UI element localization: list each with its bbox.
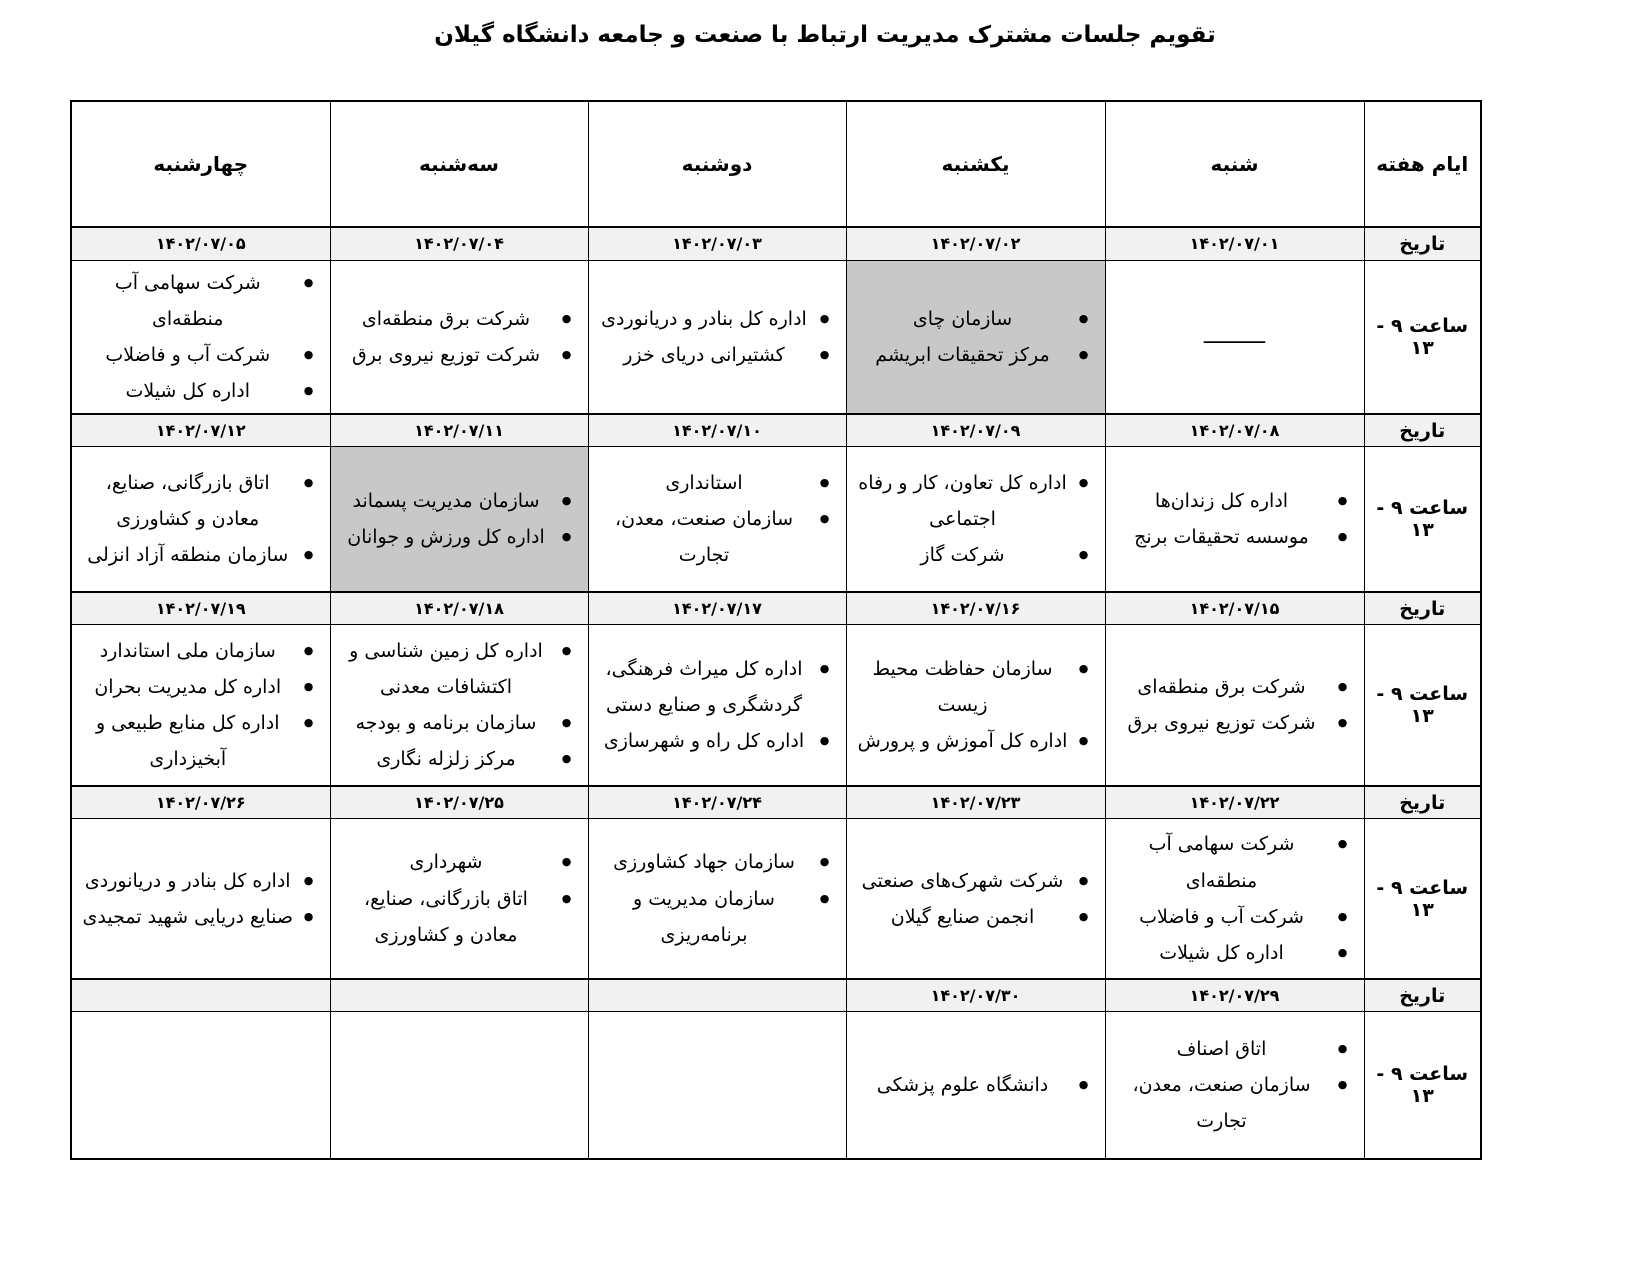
meeting-item: ●اداره کل راه و شهرسازی — [595, 723, 840, 759]
weekdays-header-cell: ایام هفته — [1364, 101, 1481, 227]
date-row-label: تاریخ — [1364, 592, 1481, 625]
schedule-table-body: ایام هفته شنبه یکشنبه دوشنبه سه‌شنبه چها… — [71, 101, 1481, 1159]
meeting-cell — [330, 1012, 588, 1159]
meeting-item-label: شهرداری — [337, 844, 552, 880]
date-cell: ۱۴۰۲/۰۷/۲۶ — [71, 786, 330, 819]
weekday-header-row: ایام هفته شنبه یکشنبه دوشنبه سه‌شنبه چها… — [71, 101, 1481, 227]
meeting-item-label: شرکت شهرک‌های صنعتی — [853, 863, 1069, 899]
meeting-item: ●سازمان حفاظت محیط زیست — [853, 651, 1099, 723]
meeting-item-label: اتاق بازرگانی، صنایع، معادن و کشاورزی — [337, 881, 552, 953]
bullet-icon: ● — [294, 669, 324, 705]
meeting-item-label: اداره کل بنادر و دریانوردی — [78, 863, 294, 899]
meeting-item-label: اداره کل میراث فرهنگی، گردشگری و صنایع د… — [595, 651, 810, 723]
meeting-item: ●انجمن صنایع گیلان — [853, 899, 1099, 935]
meeting-item-label: سازمان جهاد کشاورزی — [595, 844, 810, 880]
meeting-item: ●اتاق اصناف — [1112, 1031, 1358, 1067]
meeting-item: ●شرکت برق منطقه‌ای — [1112, 669, 1358, 705]
date-cell: ۱۴۰۲/۰۷/۳۰ — [846, 979, 1105, 1012]
meeting-item-label: اداره کل زندان‌ها — [1112, 483, 1328, 519]
bullet-icon: ● — [1328, 899, 1358, 935]
date-cell — [330, 979, 588, 1012]
meeting-item-label: شرکت سهامی آب منطقه‌ای — [1112, 826, 1328, 898]
weekday-header-wednesday: چهارشنبه — [71, 101, 330, 227]
meeting-item-label: انجمن صنایع گیلان — [853, 899, 1069, 935]
date-cell: ۱۴۰۲/۰۷/۰۸ — [1105, 414, 1364, 447]
date-cell: ۱۴۰۲/۰۷/۲۳ — [846, 786, 1105, 819]
meeting-cell: ●شرکت شهرک‌های صنعتی●انجمن صنایع گیلان — [846, 819, 1105, 979]
meeting-item: ●سازمان چای — [853, 301, 1099, 337]
meeting-item: ●سازمان جهاد کشاورزی — [595, 844, 840, 880]
bullet-icon: ● — [294, 899, 324, 935]
meeting-item-label: سازمان چای — [853, 301, 1069, 337]
page-title: تقویم جلسات مشترک مدیریت ارتباط با صنعت … — [0, 22, 1650, 48]
weekday-header-sunday: یکشنبه — [846, 101, 1105, 227]
meetings-row-week-2: ساعت ۹ - ۱۳●اداره کل زندان‌ها●موسسه تحقی… — [71, 447, 1481, 592]
meeting-item: ●اداره کل آموزش و پرورش — [853, 723, 1099, 759]
meeting-cell: ●شرکت سهامی آب منطقه‌ای●شرکت آب و فاضلاب… — [71, 260, 330, 414]
bullet-icon: ● — [1069, 723, 1099, 759]
time-row-label: ساعت ۹ - ۱۳ — [1364, 819, 1481, 979]
meeting-item-label: اتاق اصناف — [1112, 1031, 1328, 1067]
meeting-item: ●سازمان منطقه آزاد انزلی — [78, 537, 324, 573]
bullet-icon: ● — [1328, 826, 1358, 862]
meeting-cell: ●سازمان چای●مرکز تحقیقات ابریشم — [846, 260, 1105, 414]
meetings-row-week-3: ساعت ۹ - ۱۳●شرکت برق منطقه‌ای●شرکت توزیع… — [71, 625, 1481, 786]
meeting-item: ●شرکت گاز — [853, 537, 1099, 573]
meeting-cell: ●اداره کل زندان‌ها●موسسه تحقیقات برنج — [1105, 447, 1364, 592]
meeting-item-label: اداره کل بنادر و دریانوردی — [595, 301, 810, 337]
date-cell — [71, 979, 330, 1012]
date-cell: ۱۴۰۲/۰۷/۱۰ — [588, 414, 846, 447]
meeting-item: ●اداره کل مدیریت بحران — [78, 669, 324, 705]
meeting-item-label: اداره کل آموزش و پرورش — [853, 723, 1069, 759]
date-cell: ۱۴۰۲/۰۷/۱۹ — [71, 592, 330, 625]
meeting-item-label: کشتیرانی دریای خزر — [595, 337, 810, 373]
bullet-icon: ● — [294, 633, 324, 669]
meeting-cell: ـــــــــــ — [1105, 260, 1364, 414]
bullet-icon: ● — [552, 705, 582, 741]
bullet-icon: ● — [810, 501, 840, 537]
date-row-week-3: تاریخ۱۴۰۲/۰۷/۱۵۱۴۰۲/۰۷/۱۶۱۴۰۲/۰۷/۱۷۱۴۰۲/… — [71, 592, 1481, 625]
bullet-icon: ● — [552, 881, 582, 917]
meeting-item-label: سازمان مدیریت پسماند — [337, 483, 552, 519]
date-cell: ۱۴۰۲/۰۷/۰۹ — [846, 414, 1105, 447]
meetings-row-week-1: ساعت ۹ - ۱۳ـــــــــــ●سازمان چای●مرکز ت… — [71, 260, 1481, 414]
meeting-item-label: اداره کل شیلات — [78, 373, 294, 409]
bullet-icon: ● — [1069, 651, 1099, 687]
meeting-cell: ●شرکت سهامی آب منطقه‌ای●شرکت آب و فاضلاب… — [1105, 819, 1364, 979]
empty-placeholder: ـــــــــــ — [1112, 326, 1358, 348]
meeting-item: ●سازمان مدیریت و برنامه‌ریزی — [595, 881, 840, 953]
date-row-label: تاریخ — [1364, 414, 1481, 447]
meeting-item: ●مرکز زلزله نگاری — [337, 741, 582, 777]
date-row-week-5: تاریخ۱۴۰۲/۰۷/۲۹۱۴۰۲/۰۷/۳۰ — [71, 979, 1481, 1012]
meeting-item: ●اتاق بازرگانی، صنایع، معادن و کشاورزی — [337, 881, 582, 953]
bullet-icon: ● — [810, 465, 840, 501]
meeting-cell — [588, 1012, 846, 1159]
meeting-item: ●اتاق بازرگانی، صنایع، معادن و کشاورزی — [78, 465, 324, 537]
meeting-item: ●شرکت برق منطقه‌ای — [337, 301, 582, 337]
meeting-item-label: شرکت توزیع نیروی برق — [1112, 705, 1328, 741]
meeting-item: ●مرکز تحقیقات ابریشم — [853, 337, 1099, 373]
date-cell: ۱۴۰۲/۰۷/۱۸ — [330, 592, 588, 625]
meeting-item-label: سازمان ملی استاندارد — [78, 633, 294, 669]
meeting-item: ●شرکت توزیع نیروی برق — [337, 337, 582, 373]
meeting-item-label: اداره کل راه و شهرسازی — [595, 723, 810, 759]
bullet-icon: ● — [1069, 337, 1099, 373]
meeting-item-label: مرکز زلزله نگاری — [337, 741, 552, 777]
date-cell: ۱۴۰۲/۰۷/۱۲ — [71, 414, 330, 447]
meeting-item-label: شرکت برق منطقه‌ای — [1112, 669, 1328, 705]
time-row-label: ساعت ۹ - ۱۳ — [1364, 625, 1481, 786]
document-page: تقویم جلسات مشترک مدیریت ارتباط با صنعت … — [0, 0, 1650, 1275]
meeting-item-label: شرکت آب و فاضلاب — [1112, 899, 1328, 935]
meeting-cell: ●اداره کل بنادر و دریانوردی●صنایع دریایی… — [71, 819, 330, 979]
meeting-cell: ●سازمان مدیریت پسماند●اداره کل ورزش و جو… — [330, 447, 588, 592]
date-row-week-4: تاریخ۱۴۰۲/۰۷/۲۲۱۴۰۲/۰۷/۲۳۱۴۰۲/۰۷/۲۴۱۴۰۲/… — [71, 786, 1481, 819]
bullet-icon: ● — [552, 844, 582, 880]
meeting-cell: ●سازمان حفاظت محیط زیست●اداره کل آموزش و… — [846, 625, 1105, 786]
bullet-icon: ● — [1328, 1031, 1358, 1067]
weekday-header-monday: دوشنبه — [588, 101, 846, 227]
meeting-cell: ●سازمان ملی استاندارد●اداره کل مدیریت بح… — [71, 625, 330, 786]
meeting-item-label: شرکت توزیع نیروی برق — [337, 337, 552, 373]
date-row-week-1: تاریخ۱۴۰۲/۰۷/۰۱۱۴۰۲/۰۷/۰۲۱۴۰۲/۰۷/۰۳۱۴۰۲/… — [71, 227, 1481, 260]
date-cell: ۱۴۰۲/۰۷/۰۳ — [588, 227, 846, 260]
date-cell: ۱۴۰۲/۰۷/۱۶ — [846, 592, 1105, 625]
meeting-item-label: سازمان برنامه و بودجه — [337, 705, 552, 741]
date-cell: ۱۴۰۲/۰۷/۱۷ — [588, 592, 846, 625]
meeting-item-label: اداره کل مدیریت بحران — [78, 669, 294, 705]
bullet-icon: ● — [552, 301, 582, 337]
meeting-item: ●شهرداری — [337, 844, 582, 880]
meeting-item: ●استانداری — [595, 465, 840, 501]
meeting-item: ●اداره کل ورزش و جوانان — [337, 519, 582, 555]
meeting-item-label: اداره کل منابع طبیعی و آبخیزداری — [78, 705, 294, 777]
bullet-icon: ● — [552, 483, 582, 519]
meeting-cell: ●اداره کل تعاون، کار و رفاه اجتماعی●شرکت… — [846, 447, 1105, 592]
date-row-week-2: تاریخ۱۴۰۲/۰۷/۰۸۱۴۰۲/۰۷/۰۹۱۴۰۲/۰۷/۱۰۱۴۰۲/… — [71, 414, 1481, 447]
date-cell: ۱۴۰۲/۰۷/۱۱ — [330, 414, 588, 447]
bullet-icon: ● — [1328, 669, 1358, 705]
meeting-cell: ●شهرداری●اتاق بازرگانی، صنایع، معادن و ک… — [330, 819, 588, 979]
meeting-item: ●اداره کل تعاون، کار و رفاه اجتماعی — [853, 465, 1099, 537]
bullet-icon: ● — [552, 337, 582, 373]
meeting-item-label: شرکت آب و فاضلاب — [78, 337, 294, 373]
meeting-item-label: اداره کل زمین شناسی و اکتشافات معدنی — [337, 633, 552, 705]
bullet-icon: ● — [810, 301, 840, 337]
meeting-item-label: سازمان حفاظت محیط زیست — [853, 651, 1069, 723]
meeting-cell: ●استانداری●سازمان صنعت، معدن، تجارت — [588, 447, 846, 592]
bullet-icon: ● — [1328, 1067, 1358, 1103]
meeting-item-label: سازمان مدیریت و برنامه‌ریزی — [595, 881, 810, 953]
meeting-item: ●اداره کل شیلات — [1112, 935, 1358, 971]
meeting-item: ●سازمان مدیریت پسماند — [337, 483, 582, 519]
meeting-cell: ●اداره کل میراث فرهنگی، گردشگری و صنایع … — [588, 625, 846, 786]
meeting-cell: ●شرکت برق منطقه‌ای●شرکت توزیع نیروی برق — [1105, 625, 1364, 786]
date-cell: ۱۴۰۲/۰۷/۲۵ — [330, 786, 588, 819]
bullet-icon: ● — [810, 651, 840, 687]
bullet-icon: ● — [1069, 537, 1099, 573]
meeting-item: ●کشتیرانی دریای خزر — [595, 337, 840, 373]
meeting-item: ●اداره کل زمین شناسی و اکتشافات معدنی — [337, 633, 582, 705]
bullet-icon: ● — [294, 705, 324, 741]
meeting-cell: ●اتاق اصناف●سازمان صنعت، معدن، تجارت — [1105, 1012, 1364, 1159]
meeting-item: ●سازمان ملی استاندارد — [78, 633, 324, 669]
bullet-icon: ● — [1069, 863, 1099, 899]
meeting-cell: ●اتاق بازرگانی، صنایع، معادن و کشاورزی●س… — [71, 447, 330, 592]
meeting-item: ●شرکت سهامی آب منطقه‌ای — [78, 265, 324, 337]
bullet-icon: ● — [1328, 519, 1358, 555]
meeting-item: ●شرکت سهامی آب منطقه‌ای — [1112, 826, 1358, 898]
meeting-item: ●اداره کل شیلات — [78, 373, 324, 409]
meeting-item-label: سازمان صنعت، معدن، تجارت — [595, 501, 810, 573]
meeting-item: ●صنایع دریایی شهید تمجیدی — [78, 899, 324, 935]
date-row-label: تاریخ — [1364, 979, 1481, 1012]
meeting-item-label: صنایع دریایی شهید تمجیدی — [78, 899, 294, 935]
meeting-cell — [71, 1012, 330, 1159]
bullet-icon: ● — [294, 373, 324, 409]
meetings-row-week-5: ساعت ۹ - ۱۳●اتاق اصناف●سازمان صنعت، معدن… — [71, 1012, 1481, 1159]
meeting-item-label: دانشگاه علوم پزشکی — [853, 1067, 1069, 1103]
bullet-icon: ● — [552, 633, 582, 669]
meeting-item-label: مرکز تحقیقات ابریشم — [853, 337, 1069, 373]
weekday-header-tuesday: سه‌شنبه — [330, 101, 588, 227]
meeting-item-label: استانداری — [595, 465, 810, 501]
schedule-table: ایام هفته شنبه یکشنبه دوشنبه سه‌شنبه چها… — [70, 100, 1482, 1160]
meeting-cell: ●اداره کل بنادر و دریانوردی●کشتیرانی دری… — [588, 260, 846, 414]
date-row-label: تاریخ — [1364, 786, 1481, 819]
date-cell: ۱۴۰۲/۰۷/۰۵ — [71, 227, 330, 260]
time-row-label: ساعت ۹ - ۱۳ — [1364, 260, 1481, 414]
bullet-icon: ● — [552, 519, 582, 555]
meeting-item-label: شرکت گاز — [853, 537, 1069, 573]
bullet-icon: ● — [294, 465, 324, 501]
meeting-cell: ●شرکت برق منطقه‌ای●شرکت توزیع نیروی برق — [330, 260, 588, 414]
meeting-item: ●سازمان صنعت، معدن، تجارت — [1112, 1067, 1358, 1139]
meetings-row-week-4: ساعت ۹ - ۱۳●شرکت سهامی آب منطقه‌ای●شرکت … — [71, 819, 1481, 979]
meeting-item: ●اداره کل بنادر و دریانوردی — [595, 301, 840, 337]
meeting-item: ●موسسه تحقیقات برنج — [1112, 519, 1358, 555]
meeting-cell: ●سازمان جهاد کشاورزی●سازمان مدیریت و برن… — [588, 819, 846, 979]
date-cell: ۱۴۰۲/۰۷/۲۲ — [1105, 786, 1364, 819]
bullet-icon: ● — [1328, 705, 1358, 741]
bullet-icon: ● — [1328, 483, 1358, 519]
meeting-item: ●اداره کل بنادر و دریانوردی — [78, 863, 324, 899]
date-cell: ۱۴۰۲/۰۷/۱۵ — [1105, 592, 1364, 625]
bullet-icon: ● — [1069, 1067, 1099, 1103]
meeting-item-label: شرکت سهامی آب منطقه‌ای — [78, 265, 294, 337]
bullet-icon: ● — [294, 537, 324, 573]
meeting-cell: ●اداره کل زمین شناسی و اکتشافات معدنی●سا… — [330, 625, 588, 786]
time-row-label: ساعت ۹ - ۱۳ — [1364, 447, 1481, 592]
meeting-item-label: اداره کل شیلات — [1112, 935, 1328, 971]
weekday-header-saturday: شنبه — [1105, 101, 1364, 227]
meeting-item: ●شرکت آب و فاضلاب — [1112, 899, 1358, 935]
meeting-item-label: اتاق بازرگانی، صنایع، معادن و کشاورزی — [78, 465, 294, 537]
meeting-item: ●سازمان صنعت، معدن، تجارت — [595, 501, 840, 573]
meeting-item: ●شرکت توزیع نیروی برق — [1112, 705, 1358, 741]
meeting-item-label: سازمان منطقه آزاد انزلی — [78, 537, 294, 573]
bullet-icon: ● — [294, 337, 324, 373]
meeting-item: ●اداره کل منابع طبیعی و آبخیزداری — [78, 705, 324, 777]
bullet-icon: ● — [552, 741, 582, 777]
meeting-item: ●شرکت شهرک‌های صنعتی — [853, 863, 1099, 899]
meeting-item-label: موسسه تحقیقات برنج — [1112, 519, 1328, 555]
meeting-item: ●شرکت آب و فاضلاب — [78, 337, 324, 373]
meeting-item: ●اداره کل زندان‌ها — [1112, 483, 1358, 519]
date-cell: ۱۴۰۲/۰۷/۰۱ — [1105, 227, 1364, 260]
bullet-icon: ● — [1069, 465, 1099, 501]
bullet-icon: ● — [1069, 899, 1099, 935]
bullet-icon: ● — [810, 337, 840, 373]
bullet-icon: ● — [294, 265, 324, 301]
meeting-item-label: اداره کل تعاون، کار و رفاه اجتماعی — [853, 465, 1069, 537]
meeting-item-label: سازمان صنعت، معدن، تجارت — [1112, 1067, 1328, 1139]
date-cell: ۱۴۰۲/۰۷/۲۹ — [1105, 979, 1364, 1012]
bullet-icon: ● — [810, 723, 840, 759]
date-cell: ۱۴۰۲/۰۷/۰۴ — [330, 227, 588, 260]
meeting-item-label: اداره کل ورزش و جوانان — [337, 519, 552, 555]
meeting-item-label: شرکت برق منطقه‌ای — [337, 301, 552, 337]
time-row-label: ساعت ۹ - ۱۳ — [1364, 1012, 1481, 1159]
meeting-item: ●سازمان برنامه و بودجه — [337, 705, 582, 741]
meeting-cell: ●دانشگاه علوم پزشکی — [846, 1012, 1105, 1159]
bullet-icon: ● — [810, 844, 840, 880]
date-cell: ۱۴۰۲/۰۷/۰۲ — [846, 227, 1105, 260]
date-row-label: تاریخ — [1364, 227, 1481, 260]
bullet-icon: ● — [294, 863, 324, 899]
date-cell — [588, 979, 846, 1012]
date-cell: ۱۴۰۲/۰۷/۲۴ — [588, 786, 846, 819]
bullet-icon: ● — [810, 881, 840, 917]
bullet-icon: ● — [1328, 935, 1358, 971]
bullet-icon: ● — [1069, 301, 1099, 337]
meeting-item: ●دانشگاه علوم پزشکی — [853, 1067, 1099, 1103]
meeting-item: ●اداره کل میراث فرهنگی، گردشگری و صنایع … — [595, 651, 840, 723]
